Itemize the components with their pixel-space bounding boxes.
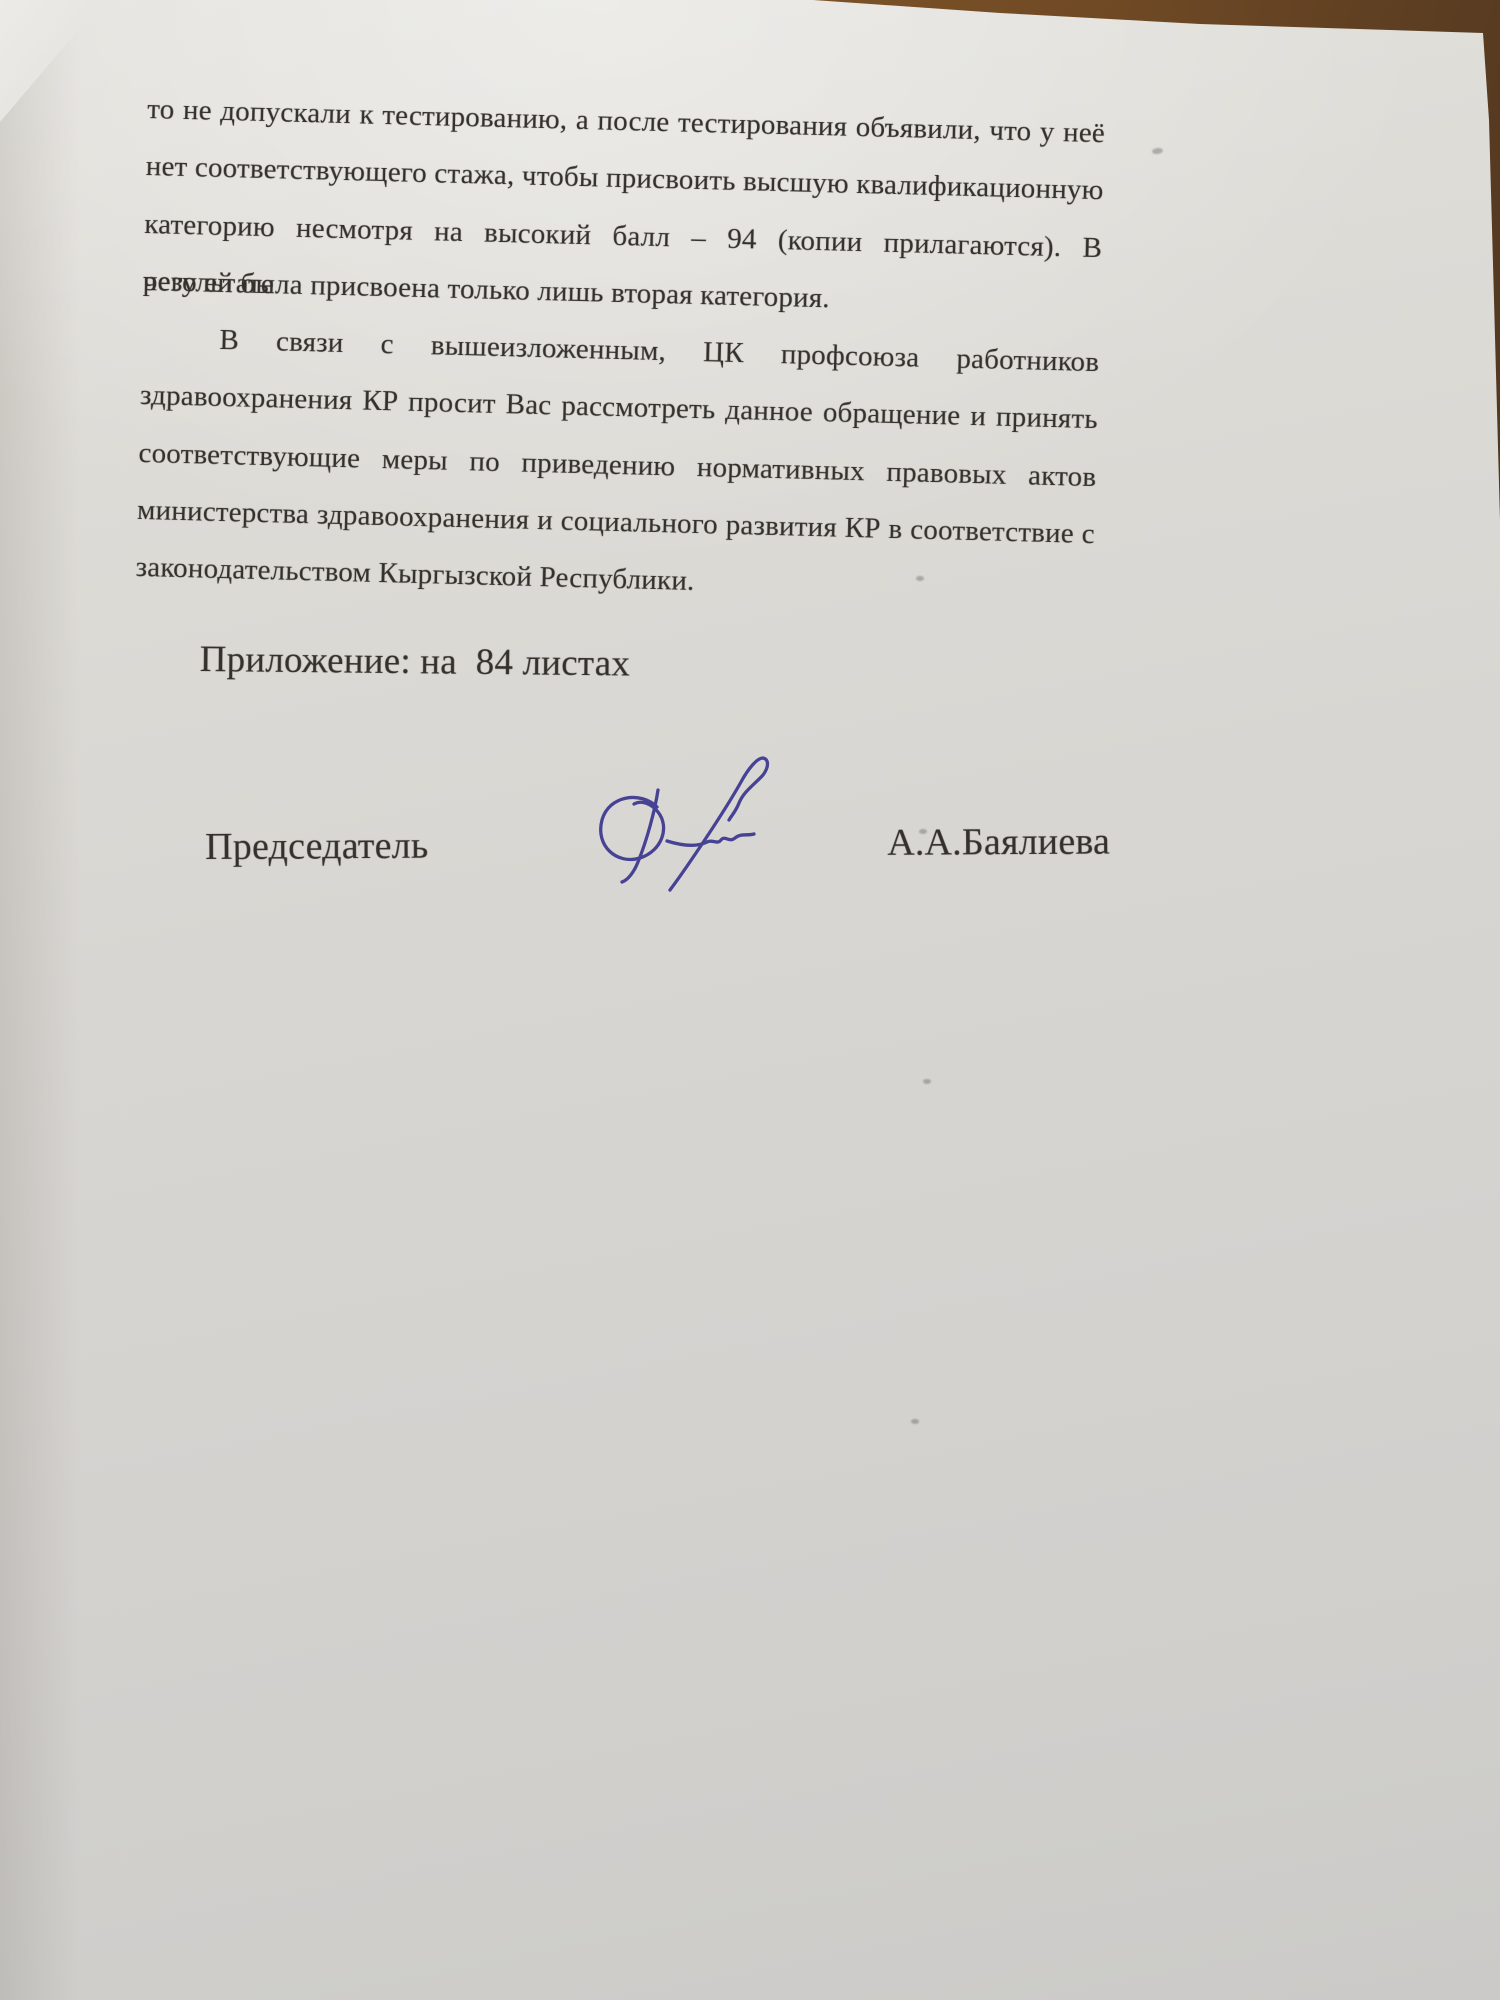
signer-name: А.А.Баялиева [887,818,1110,865]
paper-speck [916,576,924,581]
paper-speck [919,829,927,834]
handwritten-signature-ink [545,722,777,910]
paper-speck [923,1079,931,1084]
document-page: то не допускали к тестированию, а после … [0,0,1500,2000]
paper-speck [1152,147,1164,154]
signer-title: Председатель [205,823,429,870]
photo-scene: то не допускали к тестированию, а после … [0,0,1500,2000]
attachment-note: Приложение: на 84 листах [200,637,631,688]
paper-speck [911,1419,919,1424]
letter-body: то не допускали к тестированию, а после … [135,81,1106,621]
